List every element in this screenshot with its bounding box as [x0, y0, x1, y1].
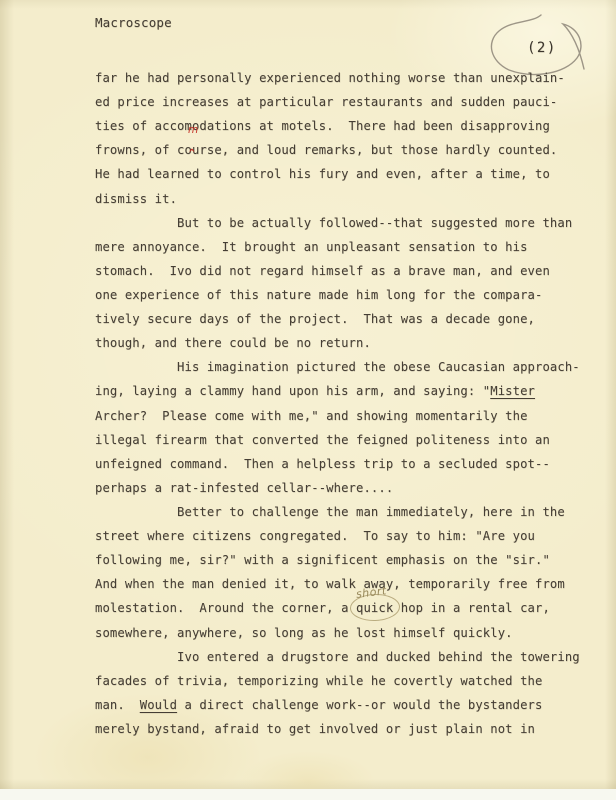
manuscript-line: molestation. Around the corner, a quicks…	[95, 596, 580, 620]
manuscript-line: though, and there could be no return.	[95, 331, 580, 355]
text-segment: He had learned to control his fury and e…	[95, 167, 550, 181]
manuscript-line: facades of trivia, temporizing while he …	[95, 669, 580, 693]
text-segment: molestation. Around the corner, a	[95, 601, 356, 615]
text-segment: Ivo entered a drugstore and ducked behin…	[95, 650, 580, 664]
text-segment: merely bystand, afraid to get involved o…	[95, 722, 535, 736]
text-segment: odations at motels. There had been disap…	[192, 119, 550, 133]
manuscript-line: merely bystand, afraid to get involved o…	[95, 717, 580, 741]
text-segment: frowns, of course, and loud remarks, but…	[95, 143, 557, 157]
text-segment: ing, laying a clammy hand upon his arm, …	[95, 384, 490, 398]
manuscript-line: mere annoyance. It brought an unpleasant…	[95, 235, 580, 259]
text-segment: a direct challenge work--or would the by…	[177, 698, 542, 712]
text-segment: following me, sir?" with a significent e…	[95, 553, 550, 567]
text-segment: man.	[95, 698, 140, 712]
text-segment: ties of accom	[95, 119, 192, 133]
text-segment: ed price increases at particular restaur…	[95, 95, 557, 109]
manuscript-line: But to be actually followed--that sugges…	[95, 211, 580, 235]
text-segment: stomach. Ivo did not regard himself as a…	[95, 264, 550, 278]
manuscript-line: far he had personally experienced nothin…	[95, 66, 580, 90]
text-segment: unfeigned command. Then a helpless trip …	[95, 457, 550, 471]
page-number: (2)	[527, 40, 557, 56]
text-segment: facades of trivia, temporizing while he …	[95, 674, 542, 688]
manuscript-line: Ivo entered a drugstore and ducked behin…	[95, 645, 580, 669]
manuscript-line: ing, laying a clammy hand upon his arm, …	[95, 379, 580, 403]
manuscript-body: far he had personally experienced nothin…	[95, 66, 580, 741]
manuscript-line: Archer? Please come with me," and showin…	[95, 404, 580, 428]
underlined-word: Mister	[490, 384, 535, 398]
pencil-circled-word: quickshort	[356, 596, 393, 620]
manuscript-line: man. Would a direct challenge work--or w…	[95, 693, 580, 717]
manuscript-line: somewhere, anywhere, so long as he lost …	[95, 621, 580, 645]
text-segment: Archer? Please come with me," and showin…	[95, 409, 528, 423]
manuscript-line: ed price increases at particular restaur…	[95, 90, 580, 114]
text-segment: Better to challenge the man immediately,…	[95, 505, 565, 519]
running-header: Macroscope	[95, 15, 172, 30]
manuscript-line: ties of accomm^odations at motels. There…	[95, 114, 580, 138]
manuscript-line: frowns, of course, and loud remarks, but…	[95, 138, 580, 162]
manuscript-line: He had learned to control his fury and e…	[95, 162, 580, 186]
underlined-word: Would	[140, 698, 177, 712]
handwritten-replacement-note: short	[355, 580, 388, 608]
text-segment: hop in a rental car,	[393, 601, 550, 615]
text-segment: somewhere, anywhere, so long as he lost …	[95, 626, 513, 640]
caret-mark: ^	[189, 142, 195, 166]
manuscript-line: dismiss it.	[95, 187, 580, 211]
manuscript-line: one experience of this nature made him l…	[95, 283, 580, 307]
text-segment: dismiss it.	[95, 192, 177, 206]
manuscript-line: His imagination pictured the obese Cauca…	[95, 355, 580, 379]
manuscript-line: stomach. Ivo did not regard himself as a…	[95, 259, 580, 283]
text-segment: perhaps a rat-infested cellar--where....	[95, 481, 393, 495]
manuscript-line: unfeigned command. Then a helpless trip …	[95, 452, 580, 476]
text-segment: mere annoyance. It brought an unpleasant…	[95, 240, 528, 254]
text-segment: far he had personally experienced nothin…	[95, 71, 565, 85]
manuscript-line: And when the man denied it, to walk away…	[95, 572, 580, 596]
manuscript-line: following me, sir?" with a significent e…	[95, 548, 580, 572]
text-segment: illegal firearm that converted the feign…	[95, 433, 550, 447]
text-segment: But to be actually followed--that sugges…	[95, 216, 572, 230]
manuscript-line: perhaps a rat-infested cellar--where....	[95, 476, 580, 500]
text-segment: though, and there could be no return.	[95, 336, 371, 350]
text-segment: His imagination pictured the obese Cauca…	[95, 360, 580, 374]
scan-background-strip	[0, 789, 616, 800]
manuscript-line: street where citizens congregated. To sa…	[95, 524, 580, 548]
text-segment: And when the man denied it, to walk away…	[95, 577, 565, 591]
text-segment: one experience of this nature made him l…	[95, 288, 542, 302]
manuscript-line: tively secure days of the project. That …	[95, 307, 580, 331]
inserted-letter: m	[188, 118, 198, 142]
manuscript-page: Macroscope (2) far he had personally exp…	[0, 0, 616, 790]
manuscript-line: illegal firearm that converted the feign…	[95, 428, 580, 452]
text-segment: tively secure days of the project. That …	[95, 312, 535, 326]
manuscript-line: Better to challenge the man immediately,…	[95, 500, 580, 524]
text-segment: street where citizens congregated. To sa…	[95, 529, 535, 543]
